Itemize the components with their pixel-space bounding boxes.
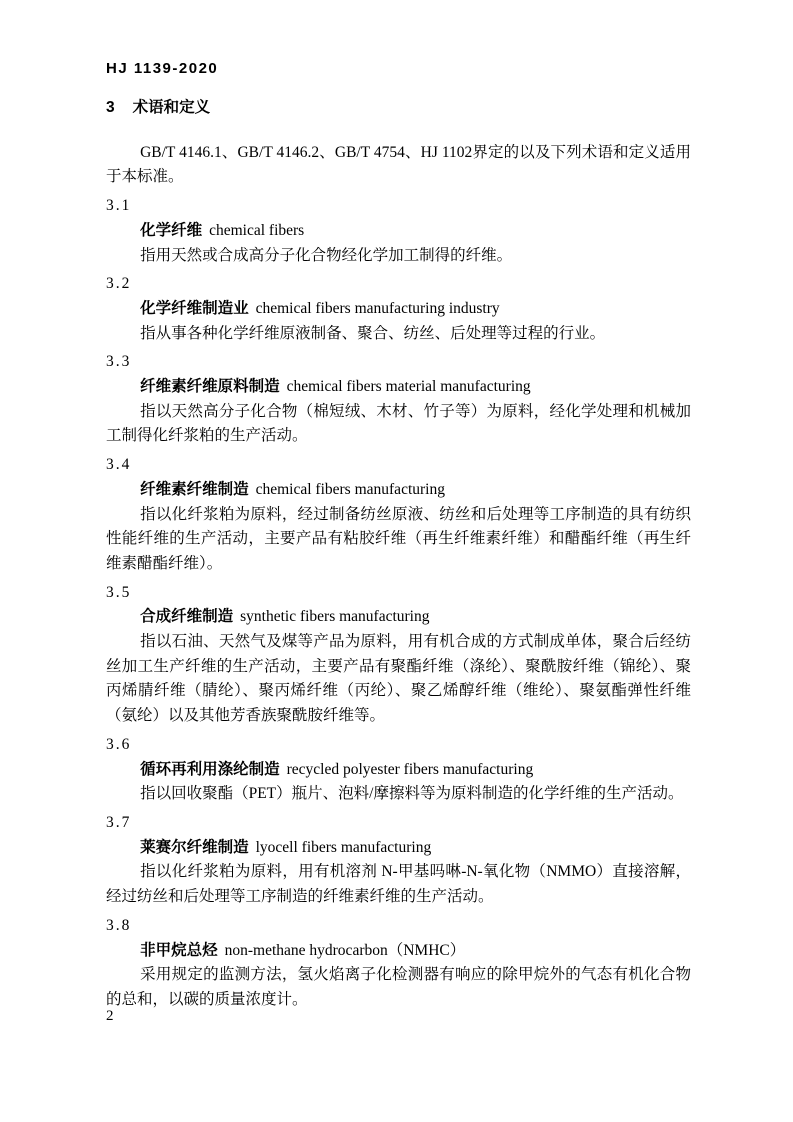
term-name-en: chemical fibers manufacturing industry (256, 300, 500, 317)
term-name-en: synthetic fibers manufacturing (240, 608, 429, 625)
term-definition: 指以石油、天然气及煤等产品为原料，用有机合成的方式制成单体，聚合后经纺丝加工生产… (106, 630, 691, 729)
term-definition: 指用天然或合成高分子化合物经化学加工制得的纤维。 (106, 244, 691, 269)
term-name: 莱赛尔纤维制造lyocell fibers manufacturing (106, 836, 691, 861)
term-number: 3.7 (106, 811, 691, 836)
section-title: 术语和定义 (133, 99, 211, 116)
intro-paragraph: GB/T 4146.1、GB/T 4146.2、GB/T 4754、HJ 110… (106, 141, 691, 190)
term-block: 3.7 莱赛尔纤维制造lyocell fibers manufacturing … (106, 811, 691, 910)
term-name-zh: 莱赛尔纤维制造 (140, 839, 249, 856)
term-number: 3.4 (106, 453, 691, 478)
term-number: 3.8 (106, 914, 691, 939)
page-number: 2 (106, 1008, 114, 1025)
section-heading: 3术语和定义 (106, 96, 691, 121)
term-definition: 指以化纤浆粕为原料，用有机溶剂 N-甲基吗啉-N-氧化物（NMMO）直接溶解，经… (106, 860, 691, 909)
term-name-en: lyocell fibers manufacturing (256, 839, 432, 856)
standard-code-header: HJ 1139-2020 (106, 60, 218, 77)
term-block: 3.1 化学纤维chemical fibers 指用天然或合成高分子化合物经化学… (106, 194, 691, 268)
term-definition: 指以化纤浆粕为原料，经过制备纺丝原液、纺丝和后处理等工序制造的具有纺织性能纤维的… (106, 503, 691, 577)
term-name: 纤维素纤维制造chemical fibers manufacturing (106, 478, 691, 503)
term-name-zh: 化学纤维 (140, 222, 202, 239)
term-block: 3.2 化学纤维制造业chemical fibers manufacturing… (106, 272, 691, 346)
term-block: 3.6 循环再利用涤纶制造recycled polyester fibers m… (106, 733, 691, 807)
section-number: 3 (106, 99, 115, 116)
term-name-en: recycled polyester fibers manufacturing (287, 761, 534, 778)
term-definition: 指以天然高分子化合物（棉短绒、木材、竹子等）为原料，经化学处理和机械加工制得化纤… (106, 400, 691, 449)
term-name: 化学纤维制造业chemical fibers manufacturing ind… (106, 297, 691, 322)
term-block: 3.3 纤维素纤维原料制造chemical fibers material ma… (106, 350, 691, 449)
term-number: 3.3 (106, 350, 691, 375)
term-name-zh: 纤维素纤维制造 (140, 481, 249, 498)
term-name-zh: 纤维素纤维原料制造 (140, 378, 280, 395)
term-number: 3.5 (106, 581, 691, 606)
term-name: 循环再利用涤纶制造recycled polyester fibers manuf… (106, 758, 691, 783)
term-definition: 指以回收聚酯（PET）瓶片、泡料/摩擦料等为原料制造的化学纤维的生产活动。 (106, 782, 691, 807)
term-name: 化学纤维chemical fibers (106, 219, 691, 244)
term-block: 3.4 纤维素纤维制造chemical fibers manufacturing… (106, 453, 691, 577)
term-block: 3.5 合成纤维制造synthetic fibers manufacturing… (106, 581, 691, 729)
term-block: 3.8 非甲烷总烃non-methane hydrocarbon（NMHC） 采… (106, 914, 691, 1013)
term-number: 3.1 (106, 194, 691, 219)
term-number: 3.2 (106, 272, 691, 297)
page-content: 3术语和定义 GB/T 4146.1、GB/T 4146.2、GB/T 4754… (106, 96, 691, 1013)
term-name-en: chemical fibers material manufacturing (287, 378, 531, 395)
term-name-zh: 化学纤维制造业 (140, 300, 249, 317)
term-name-zh: 非甲烷总烃 (140, 942, 218, 959)
term-definition: 指从事各种化学纤维原液制备、聚合、纺丝、后处理等过程的行业。 (106, 322, 691, 347)
term-name-zh: 合成纤维制造 (140, 608, 233, 625)
document-page: HJ 1139-2020 3术语和定义 GB/T 4146.1、GB/T 414… (0, 0, 793, 1122)
term-name: 合成纤维制造synthetic fibers manufacturing (106, 605, 691, 630)
term-number: 3.6 (106, 733, 691, 758)
term-name-zh: 循环再利用涤纶制造 (140, 761, 280, 778)
term-name: 非甲烷总烃non-methane hydrocarbon（NMHC） (106, 939, 691, 964)
term-definition: 采用规定的监测方法，氢火焰离子化检测器有响应的除甲烷外的气态有机化合物的总和，以… (106, 963, 691, 1012)
term-name: 纤维素纤维原料制造chemical fibers material manufa… (106, 375, 691, 400)
term-name-en: chemical fibers (209, 222, 304, 239)
term-name-en: chemical fibers manufacturing (256, 481, 445, 498)
term-name-en: non-methane hydrocarbon（NMHC） (225, 942, 466, 959)
